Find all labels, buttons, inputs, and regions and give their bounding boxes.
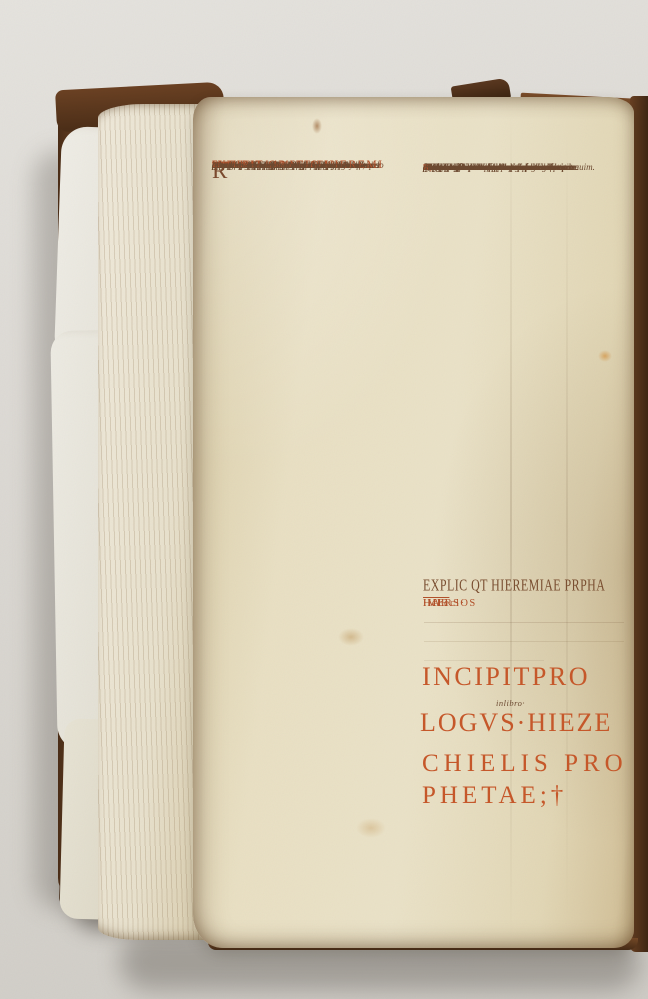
vellum-stain — [356, 818, 386, 838]
incipit-title-line: PHETAE;† — [422, 782, 567, 810]
ruling-line — [424, 660, 544, 661]
explicit-hieremiae-line: EXPLIC QT HIEREMIAE PRPHA — [423, 575, 605, 596]
script-text: pulisti nos. iratus es contra nos ueheme… — [423, 161, 579, 175]
incipit-title-block: INCIPITPRO inlibro· LOGVS·HIEZE CHIELIS … — [420, 662, 638, 832]
vellum-stain — [312, 118, 322, 134]
ruling-line — [424, 641, 624, 642]
vellum-stain — [598, 350, 612, 362]
rubric-text: · ccccl· — [423, 598, 465, 609]
script-text: adextraneos. Pupilli facti sumus absq. — [212, 159, 361, 172]
ruling-line — [424, 622, 624, 623]
incipit-title-line: CHIELIS PRO — [422, 750, 628, 778]
incipit-title-line: INCIPITPRO — [422, 662, 590, 692]
interlinear-gloss: inlibro· — [496, 698, 525, 708]
vellum-stain — [338, 628, 364, 646]
photo-backdrop: anaquo saphyro pulchriores. HETHDenigrat… — [0, 0, 648, 999]
incipit-title-line: LOGVS·HIEZE — [420, 708, 612, 738]
